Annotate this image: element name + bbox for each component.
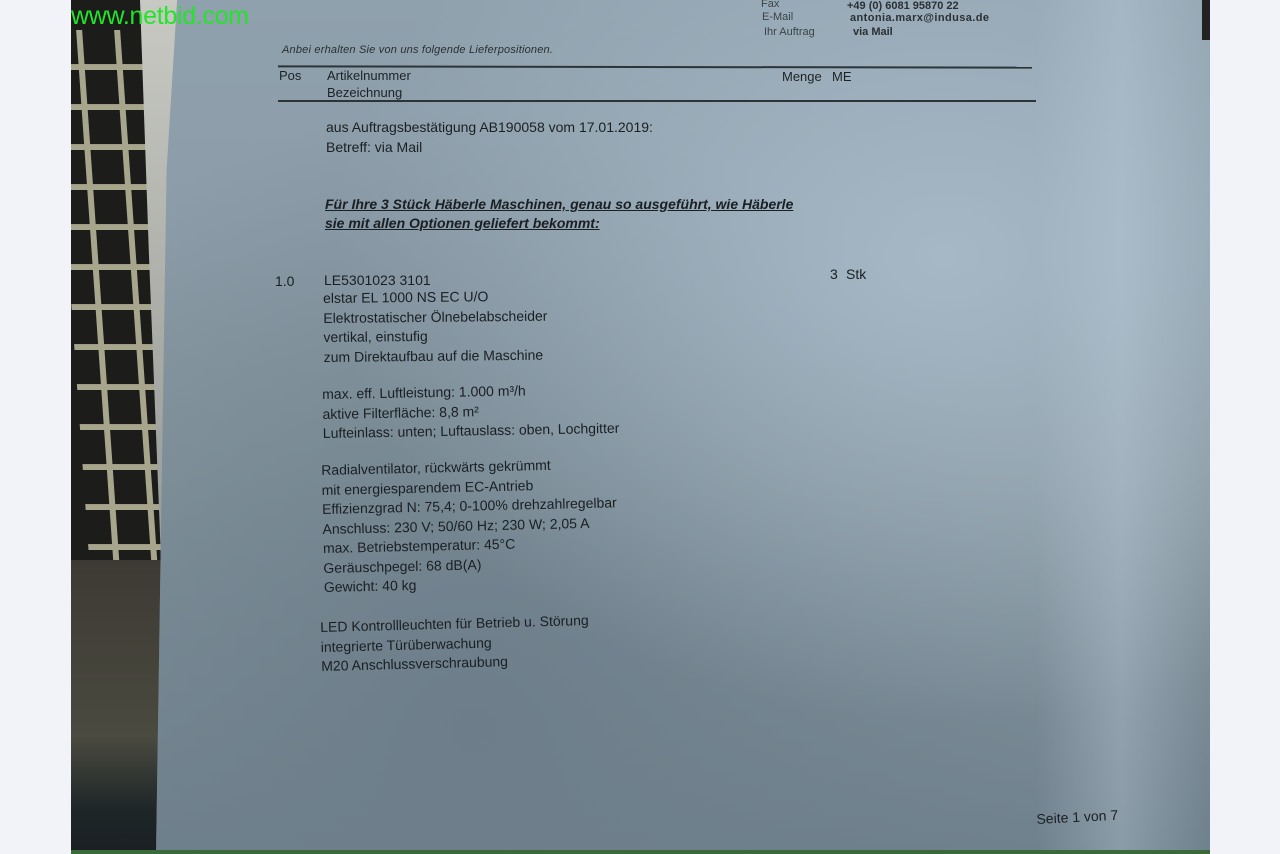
desc-line: elstar EL 1000 NS EC U/O — [323, 287, 547, 309]
col-article-number: Artikelnummer — [327, 68, 411, 83]
position-number: 1.0 — [275, 272, 294, 292]
intro-text: Anbei erhalten Sie von uns folgende Lief… — [282, 44, 553, 56]
reference-line-1: aus Auftragsbestätigung AB190058 vom 17.… — [326, 118, 653, 138]
fax-value: +49 (0) 6081 95870 22 — [847, 0, 959, 12]
description-block-2: max. eff. Luftleistung: 1.000 m³/h aktiv… — [322, 380, 620, 444]
col-quantity: Menge — [782, 69, 822, 84]
desc-line: vertikal, einstufig — [323, 326, 547, 348]
col-pos: Pos — [279, 68, 301, 83]
col-description: Bezeichnung — [327, 85, 402, 100]
position-quantity: 3 — [830, 265, 838, 285]
desc-line: zum Direktaufbau auf die Maschine — [324, 345, 548, 367]
desc-line: Elektrostatischer Ölnebelabscheider — [323, 306, 547, 328]
reference-line-2: Betreff: via Mail — [326, 138, 422, 158]
order-value: via Mail — [853, 26, 893, 38]
description-block-1: elstar EL 1000 NS EC U/O Elektrostatisch… — [323, 287, 548, 367]
note-heading-line-2: sie mit allen Optionen geliefert bekommt… — [325, 214, 600, 233]
email-label: E-Mail — [762, 11, 793, 23]
description-block-3: Radialventilator, rückwärts gekrümmt mit… — [321, 454, 619, 597]
netbid-watermark: www.netbid.com — [71, 2, 249, 31]
col-unit: ME — [832, 69, 852, 84]
document-photo: Fax +49 (0) 6081 95870 22 E-Mail antonia… — [71, 0, 1210, 854]
delivery-note-sheet — [156, 0, 1210, 854]
order-label: Ihr Auftrag — [764, 26, 815, 38]
email-value: antonia.marx@indusa.de — [850, 12, 989, 24]
position-unit: Stk — [846, 265, 866, 285]
table-header-bottom-rule — [278, 100, 1036, 102]
note-heading-line-1: Für Ihre 3 Stück Häberle Maschinen, gena… — [325, 195, 793, 214]
fax-label: Fax — [761, 0, 779, 10]
description-block-4: LED Kontrollleuchten für Betrieb u. Stör… — [320, 611, 590, 677]
